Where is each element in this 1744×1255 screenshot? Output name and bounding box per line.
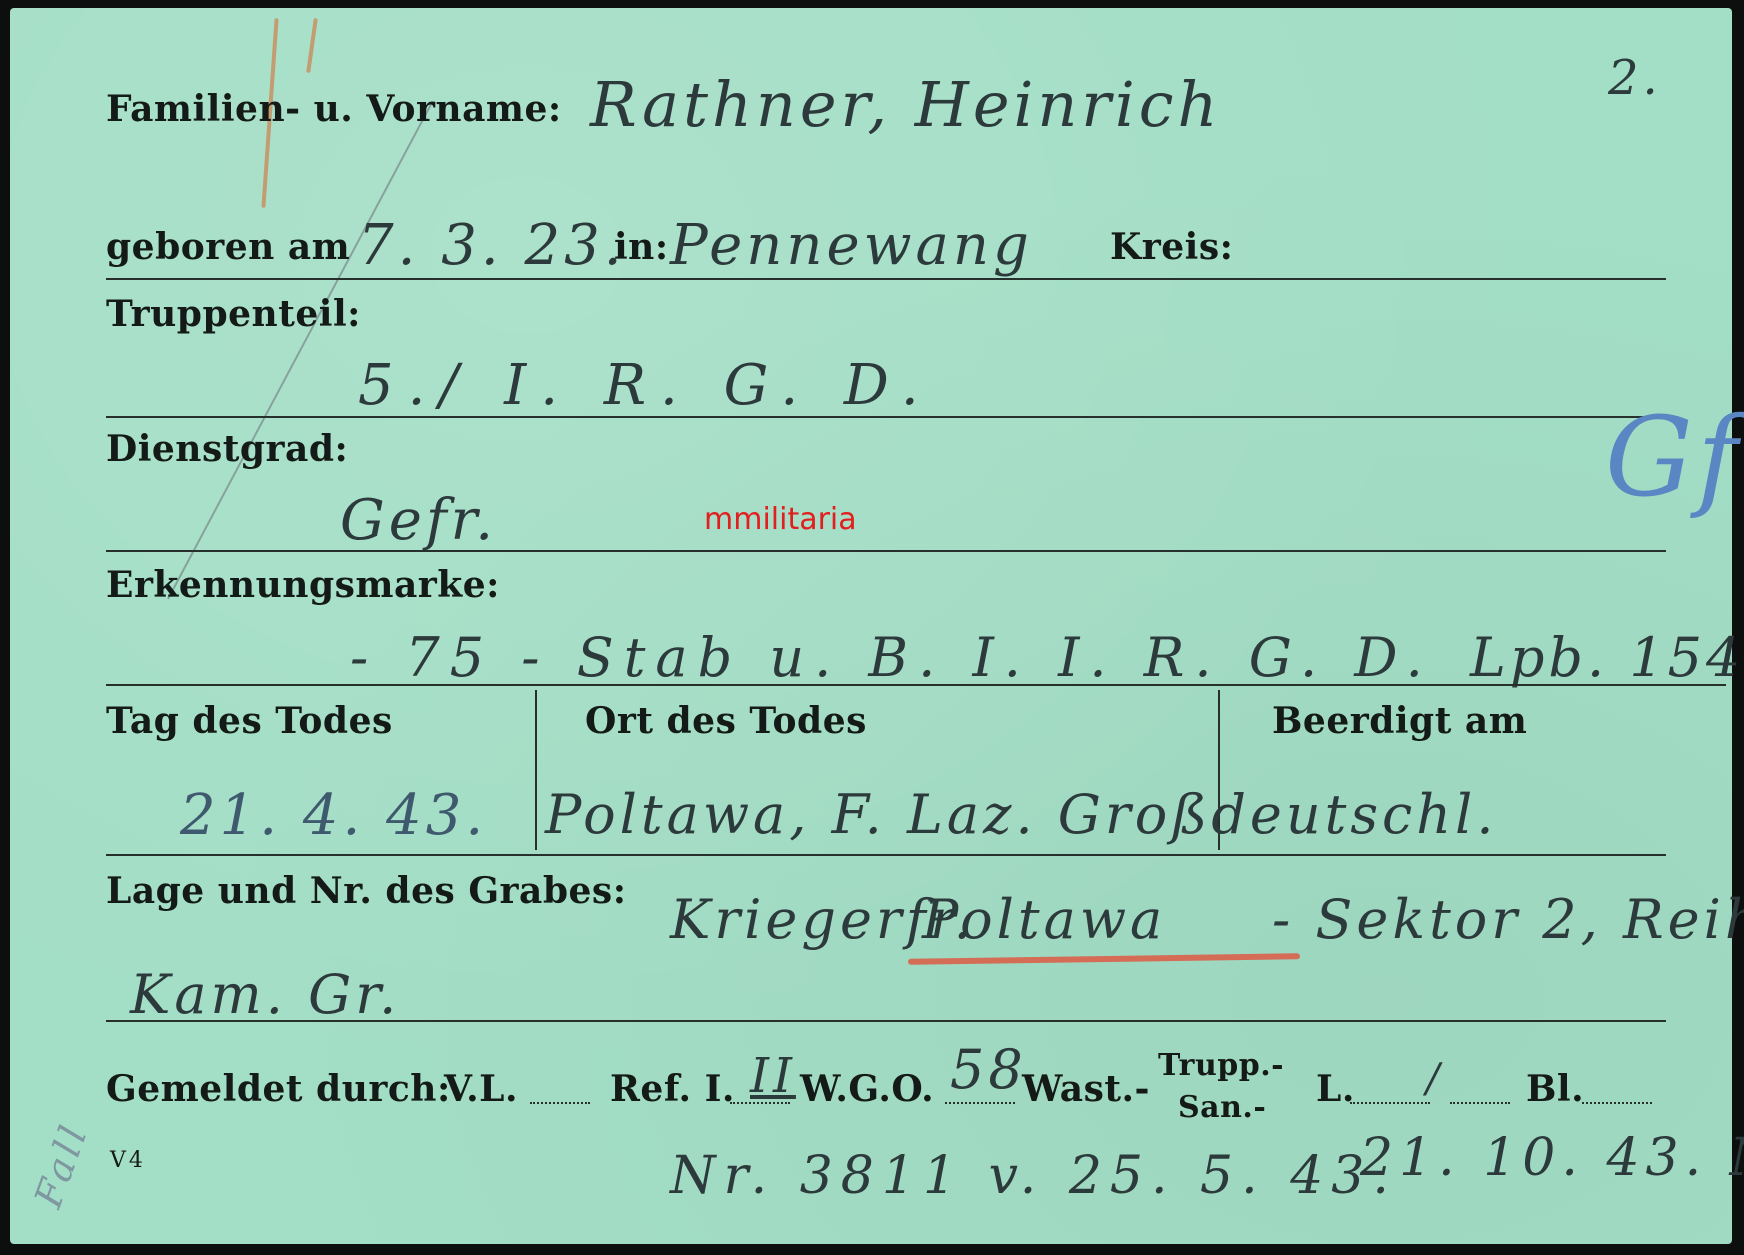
reported-note-right[interactable]: 21. 10. 43. Ne. [1360, 1128, 1744, 1188]
divider [106, 684, 1726, 686]
death-place-value[interactable]: Poltawa, F. Laz. Großdeutschl. [545, 783, 1498, 846]
divider [106, 1020, 1666, 1022]
orange-pencil-mark [306, 18, 318, 73]
vl-field[interactable] [530, 1074, 590, 1104]
district-label: Kreis: [1110, 226, 1233, 268]
born-in-label: in: [614, 226, 669, 268]
grave-registration-card: 2. Familien- u. Vorname: Rathner, Heinri… [10, 8, 1732, 1244]
reported-note-left[interactable]: Nr. 3811 v. 25. 5. 43. [670, 1146, 1397, 1206]
death-date-header: Tag des Todes [106, 700, 393, 742]
id-tag-value[interactable]: - 75 - Stab u. B. I. I. R. G. D. [350, 626, 1433, 689]
grave-label: Lage und Nr. des Grabes: [106, 870, 626, 912]
reported-by-label: Gemeldet durch: [106, 1068, 451, 1110]
table-divider [535, 690, 537, 850]
trupp-label: Trupp.- [1158, 1048, 1284, 1083]
born-in-value[interactable]: Pennewang [670, 213, 1033, 278]
wgo-label: W.G.O. [800, 1068, 934, 1110]
form-code: V4 [110, 1148, 146, 1173]
ref-label: Ref. I. [610, 1068, 735, 1110]
red-underline [908, 953, 1300, 964]
l-field-1[interactable] [1350, 1074, 1430, 1104]
ref-value[interactable]: II [750, 1048, 796, 1104]
card-number: 2. [1608, 50, 1662, 106]
unit-label: Truppenteil: [106, 293, 361, 335]
divider [106, 854, 1666, 856]
grave-value-line2[interactable]: Kam. Gr. [130, 963, 400, 1026]
divider [106, 550, 1666, 552]
burial-date-header: Beerdigt am [1272, 700, 1527, 742]
born-on-label: geboren am [106, 226, 350, 268]
id-tag-label: Erkennungsmarke: [106, 564, 500, 606]
grave-value-underlined[interactable]: Poltawa [922, 888, 1166, 951]
name-label: Familien- u. Vorname: [106, 88, 562, 130]
bl-field[interactable] [1582, 1074, 1652, 1104]
rank-value[interactable]: Gefr. [340, 488, 497, 553]
watermark: mmilitaria [704, 502, 857, 537]
bl-label: Bl. [1526, 1068, 1584, 1110]
grave-value-suffix[interactable]: - Sektor 2, Reihe A. [1272, 888, 1744, 951]
wast-label: Wast.- [1022, 1068, 1150, 1110]
id-tag-extra[interactable]: Lpb. 1544. [1470, 626, 1744, 689]
l-separator: / [1426, 1056, 1443, 1102]
vl-label: V.L. [444, 1068, 518, 1110]
l-field-2[interactable] [1450, 1074, 1510, 1104]
divider [106, 278, 1666, 280]
death-date-value[interactable]: 21. 4. 43. [180, 783, 487, 848]
blue-pencil-mark: Gf [1605, 393, 1742, 521]
san-label: San.- [1178, 1090, 1266, 1125]
rank-label: Dienstgrad: [106, 428, 348, 470]
name-value[interactable]: Rathner, Heinrich [590, 68, 1221, 141]
death-place-header: Ort des Todes [585, 700, 867, 742]
born-on-value[interactable]: 7. 3. 23. [358, 213, 626, 278]
unit-value[interactable]: 5./ I. R. G. D. [358, 353, 933, 418]
divider [106, 416, 1666, 418]
margin-note: Fall [26, 1117, 97, 1214]
wgo-value[interactable]: 58 [950, 1038, 1027, 1101]
